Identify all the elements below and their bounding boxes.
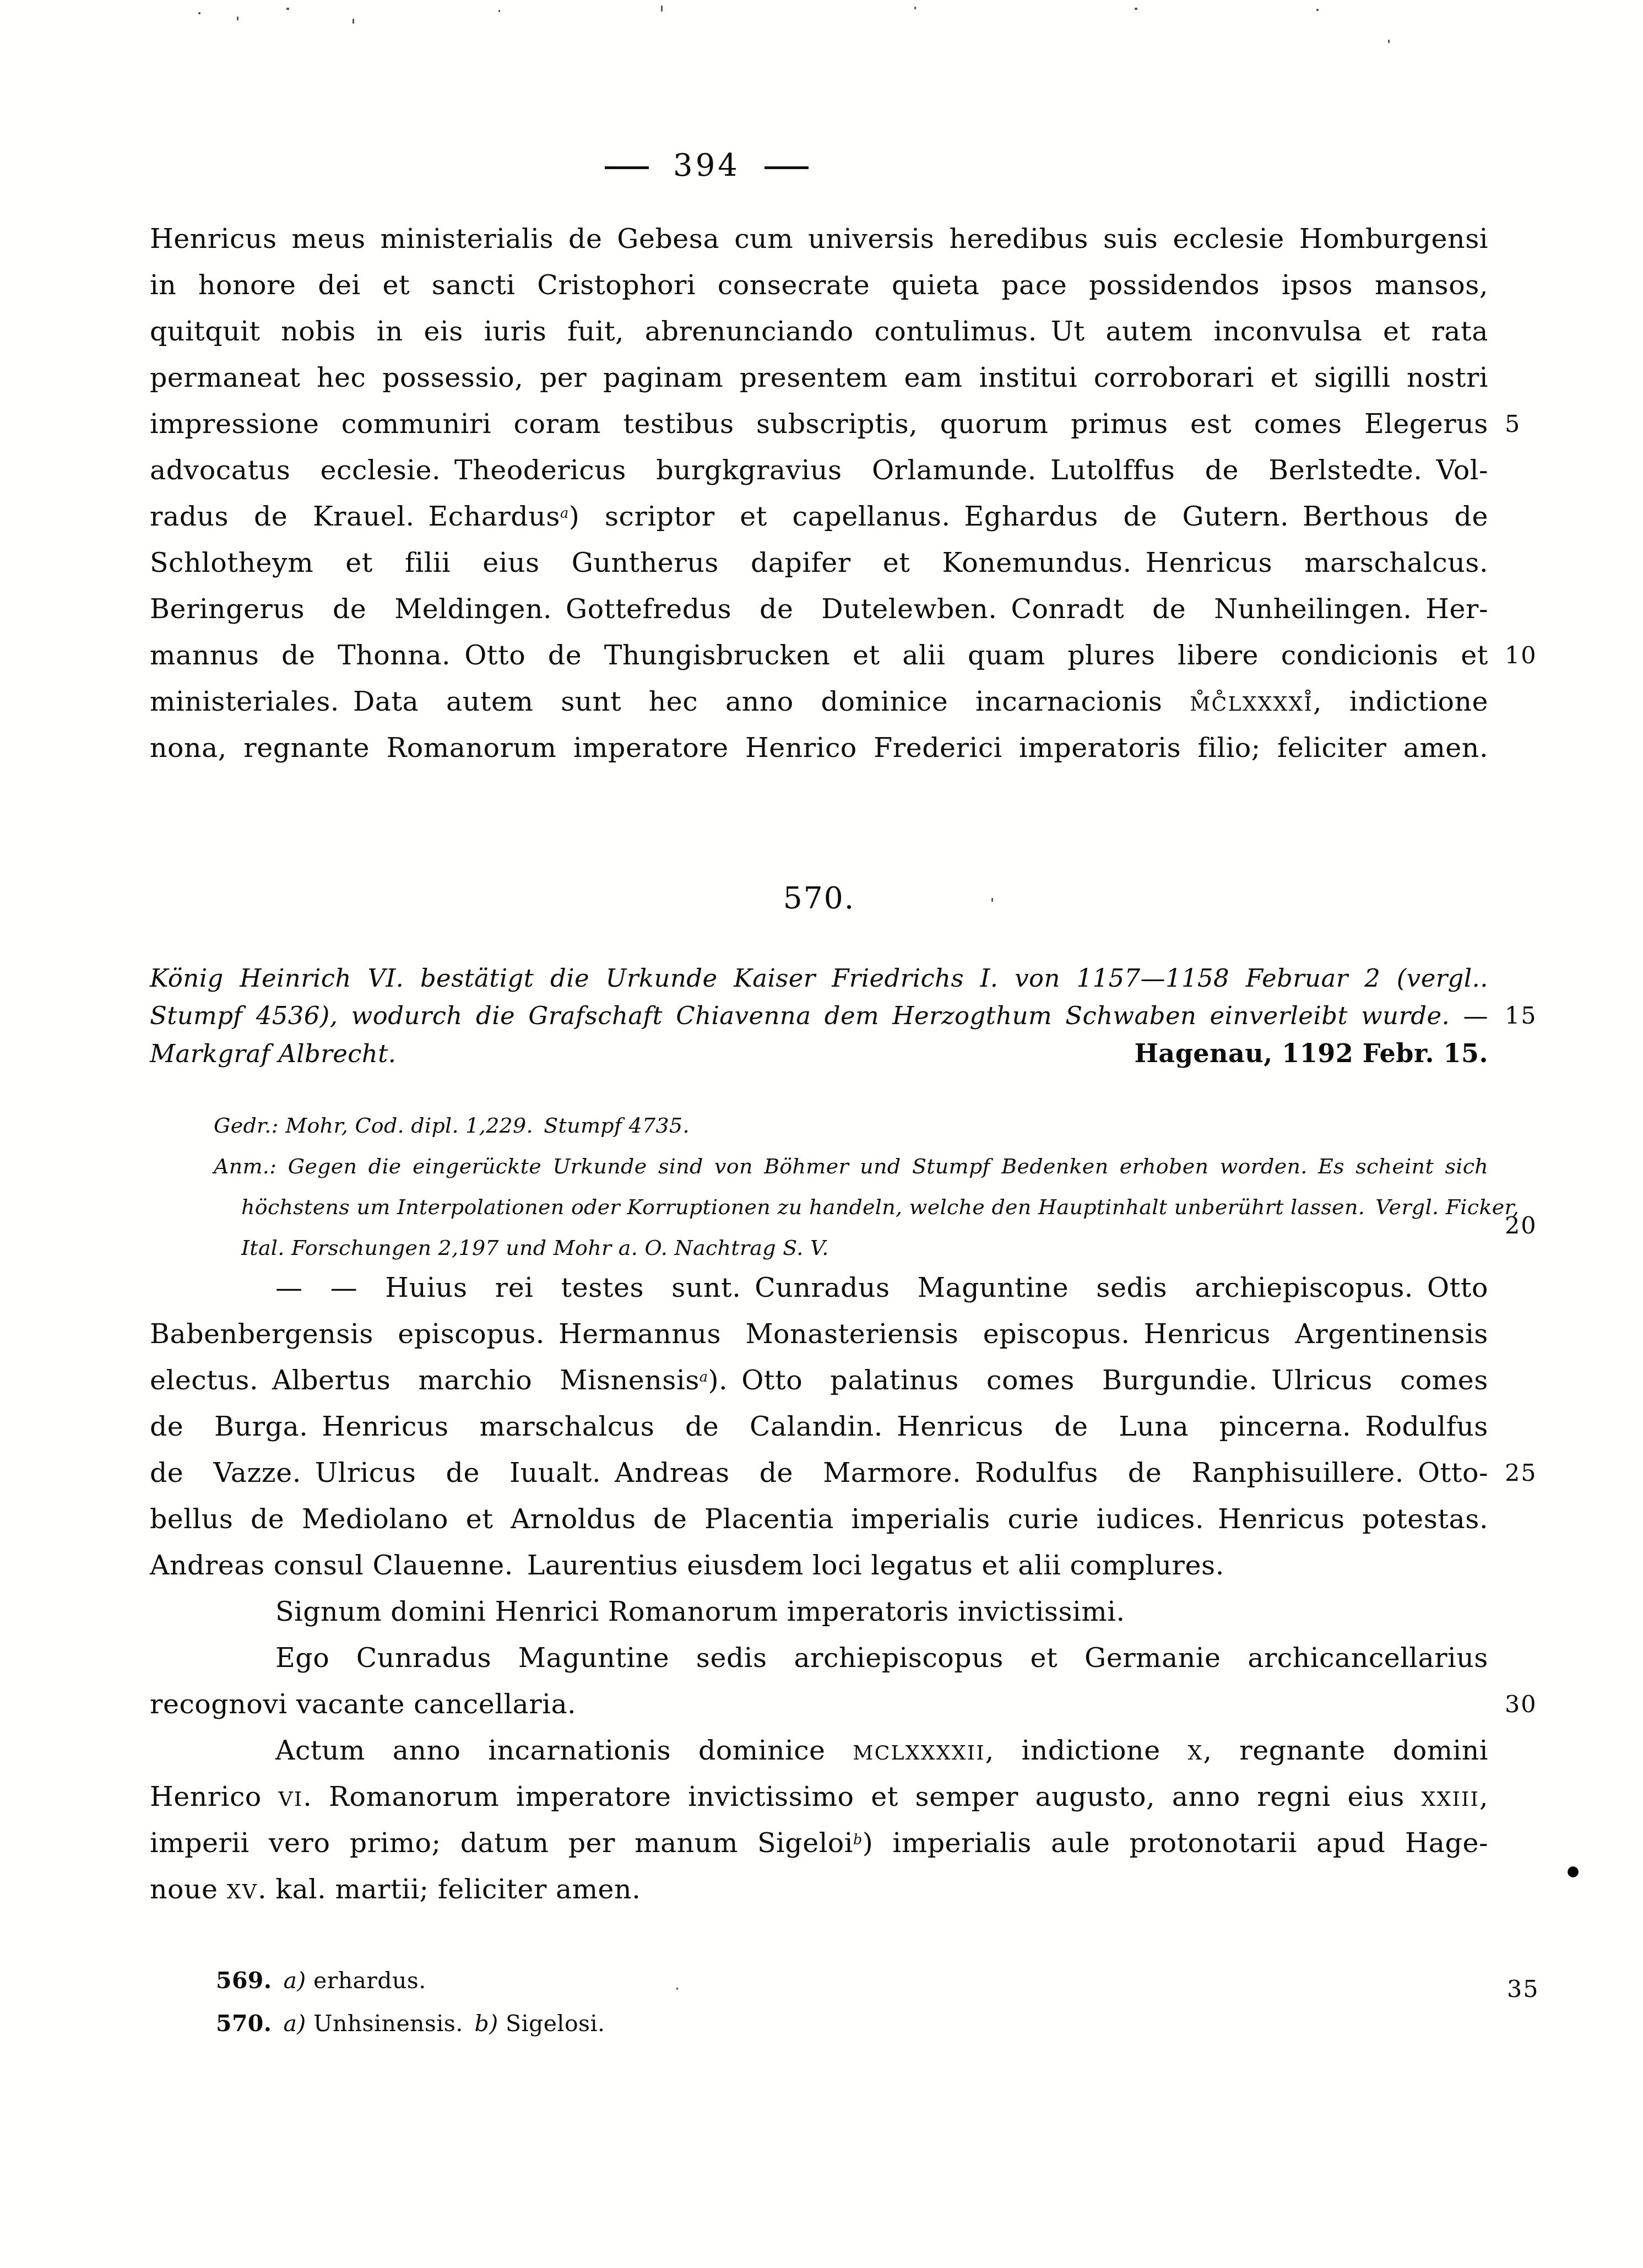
line-text: Ital. Forschungen 2,197 und Mohr a. O. N… [241, 1236, 829, 1260]
text-line: Henricus meus ministerialis de Gebesa cu… [150, 216, 1488, 262]
text-line: ministeriales. Data autem sunt hec anno … [150, 679, 1488, 725]
entry-570-text: — — Huius rei testes sunt. Cunradus Magu… [150, 1265, 1488, 1913]
scan-speck [498, 10, 500, 12]
entry-570-heading: 570. [150, 880, 1488, 924]
scan-speck [661, 6, 663, 12]
text-line: Actum anno incarnationis dominice MCLXXX… [150, 1728, 1488, 1774]
text-line: permaneat hec possessio, per paginam pre… [150, 355, 1488, 401]
annotation-line: Anm.: Gegen die eingerückte Urkunde sind… [214, 1146, 1488, 1187]
scan-speck [991, 898, 993, 902]
margin-line-number: 25 [1505, 1450, 1554, 1496]
scan-speck [1388, 40, 1390, 43]
margin-line-number: 10 [1505, 632, 1554, 679]
text-line: impressione communiri coram testibus sub… [150, 401, 1488, 447]
text-line: Andreas consul Clauenne. Laurentius eius… [150, 1542, 1488, 1589]
line-text: mannus de Thonna. Otto de Thungisbrucken… [150, 640, 1488, 671]
entry-570-regest: König Heinrich VI. bestätigt die Urkunde… [150, 960, 1488, 1072]
regest-line: Stumpf 4536), wodurch die Grafschaft Chi… [150, 997, 1488, 1035]
text-line: imperii vero primo; datum per manum Sige… [150, 1820, 1488, 1866]
line-text: Stumpf 4536), wodurch die Grafschaft Chi… [150, 1001, 1488, 1030]
entry-570-editorial-notes: Gedr.: Mohr, Cod. dipl. 1,229. Stumpf 47… [214, 1105, 1488, 1268]
text-line: radus de Krauel. Echardusa) scriptor et … [150, 494, 1488, 540]
line-text: impressione communiri coram testibus sub… [150, 408, 1488, 440]
text-line: de Vazze. Ulricus de Iuualt. Andreas de … [150, 1450, 1488, 1496]
text-line: Babenbergensis episcopus. Hermannus Mona… [150, 1311, 1488, 1357]
text-line: advocatus ecclesie. Theodericus burgkgra… [150, 447, 1488, 494]
text-line: Henrico VI. Romanorum imperatore invicti… [150, 1774, 1488, 1820]
printed-note-line: Gedr.: Mohr, Cod. dipl. 1,229. Stumpf 47… [214, 1105, 1488, 1146]
annotation-line: höchstens um Interpolationen oder Korrup… [214, 1187, 1488, 1227]
text-line: Signum domini Henrici Romanorum imperato… [150, 1589, 1488, 1635]
footnotes: 569. a) erhardus. 35 570. a) Unhsinensis… [216, 1959, 1490, 2045]
text-line: noue XV. kal. martii; feliciter amen. [150, 1866, 1488, 1913]
text-line: bellus de Mediolano et Arnoldus de Place… [150, 1496, 1488, 1542]
footnote-line: 569. a) erhardus. 35 [216, 1959, 1490, 2002]
scanned-book-page: 394 Henricus meus ministerialis de Gebes… [0, 0, 1643, 2268]
annotation-line: Ital. Forschungen 2,197 und Mohr a. O. N… [214, 1227, 1488, 1268]
margin-line-number: 5 [1505, 401, 1554, 447]
text-line: — — Huius rei testes sunt. Cunradus Magu… [150, 1265, 1488, 1311]
scan-speck [286, 8, 289, 10]
page-number: 394 [673, 150, 740, 185]
scan-speck [1316, 9, 1319, 11]
text-line: Beringerus de Meldingen. Gottefredus de … [150, 586, 1488, 632]
text-line: nona, regnante Romanorum imperatore Henr… [150, 725, 1488, 771]
text-line: recognovi vacante cancellaria. 30 [150, 1681, 1488, 1728]
margin-line-number: 20 [1505, 1205, 1554, 1246]
text-line: Schlotheym et filii eius Guntherus dapif… [150, 540, 1488, 586]
ink-dot [1568, 1866, 1579, 1877]
text-line: mannus de Thonna. Otto de Thungisbrucken… [150, 632, 1488, 679]
page-number-rule [764, 166, 809, 169]
text-line: Ego Cunradus Maguntine sedis archiepisco… [150, 1635, 1488, 1681]
scan-speck [914, 7, 916, 9]
footnote-text: 569. a) erhardus. [216, 1967, 426, 1994]
regest-dateline: Hagenau, 1192 Febr. 15. [1134, 1035, 1488, 1072]
margin-line-number: 30 [1505, 1681, 1554, 1728]
text-line: in honore dei et sancti Cristophori cons… [150, 262, 1488, 308]
scan-speck [1135, 8, 1137, 10]
page-header: 394 [605, 142, 809, 193]
regest-line: König Heinrich VI. bestätigt die Urkunde… [150, 960, 1488, 997]
scan-speck [237, 17, 238, 20]
entry-569-text: Henricus meus ministerialis de Gebesa cu… [150, 216, 1488, 771]
margin-line-number: 35 [1507, 1968, 1557, 2011]
scan-speck [353, 19, 354, 24]
footnote-line: 570. a) Unhsinensis. b) Sigelosi. [216, 2002, 1490, 2045]
scan-speck [198, 12, 200, 14]
margin-line-number: 15 [1505, 997, 1554, 1035]
text-line: quitquit nobis in eis iuris fuit, abrenu… [150, 308, 1488, 355]
text-line: de Burga. Henricus marschalcus de Caland… [150, 1404, 1488, 1450]
line-text: de Vazze. Ulricus de Iuualt. Andreas de … [150, 1457, 1488, 1488]
regest-line: Markgraf Albrecht. Hagenau, 1192 Febr. 1… [150, 1035, 1488, 1072]
line-text: recognovi vacante cancellaria. [150, 1688, 576, 1720]
page-number-rule [605, 166, 649, 169]
scan-speck [676, 1988, 678, 1990]
regest-author: Markgraf Albrecht. [150, 1035, 396, 1073]
text-line: electus. Albertus marchio Misnensisa). O… [150, 1357, 1488, 1404]
